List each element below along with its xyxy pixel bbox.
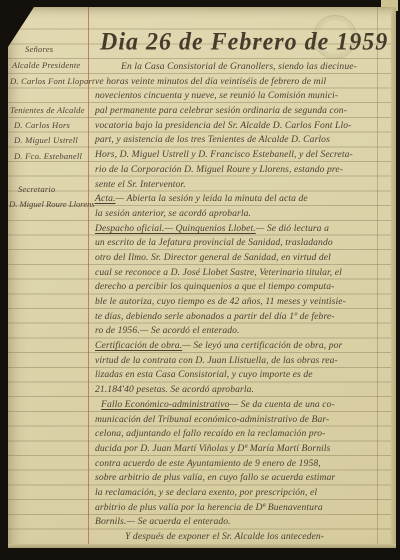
- line-text: part, y asistencia de los tres Tenientes…: [95, 134, 330, 145]
- line-text: ble le autoriza, cuyo tiempo es de 42 añ…: [95, 296, 346, 307]
- line-text: un escrito de la Jefatura provincial de …: [95, 237, 333, 248]
- minutes-line: rio de la Corporación D. Miguel Roure y …: [95, 163, 379, 178]
- line-text: lizadas en esta Casa Consistorial, y cuy…: [95, 369, 313, 380]
- line-text: — Abierta la sesión y leída la minuta de…: [115, 193, 307, 204]
- line-text: otro del Ilmo. Sr. Director general de S…: [95, 252, 331, 263]
- minutes-line: derecho a percibir los quinquenios a que…: [95, 280, 379, 295]
- margin-note-teniente-3: D. Fco. Estebanell: [14, 151, 82, 161]
- line-text: cual se reconoce a D. José Llobet Sastre…: [95, 267, 342, 278]
- minutes-line: Acta.— Abierta la sesión y leída la minu…: [95, 192, 379, 207]
- minutes-line: 21.184'40 pesetas. Se acordó aprobarla.: [95, 383, 379, 398]
- line-text: sente el Sr. Interventor.: [95, 179, 186, 190]
- line-text: contra acuerdo de este Ayuntamiento de 9…: [95, 458, 321, 469]
- line-text: derecho a percibir los quinquenios a que…: [95, 281, 334, 292]
- section-heading: Fallo Económico-administrativo: [101, 399, 230, 410]
- scanned-page: Dia 26 de Febrero de 1959 Señores Alcald…: [8, 7, 396, 548]
- minutes-line: la reclamación, y se declara exento, por…: [95, 486, 379, 501]
- red-margin-line: [88, 7, 89, 548]
- minutes-line: la sesión anterior, se acordó aprobarla.: [95, 207, 379, 222]
- margin-note-teniente-2: D. Miguel Ustrell: [14, 135, 78, 145]
- line-text: municación del Tribunal económico-admini…: [95, 414, 329, 425]
- line-text: pal permanente para celebrar sesión ordi…: [95, 105, 347, 116]
- margin-notes: Señores Alcalde Presidente D. Carlos Fon…: [8, 7, 88, 548]
- minutes-line: te días, debiendo serle abonados a parti…: [95, 310, 379, 325]
- minutes-line: novecientos cincuenta y nueve, se reunió…: [95, 89, 379, 104]
- minutes-line: Certificación de obra.— Se leyó una cert…: [95, 339, 379, 354]
- section-heading: Despacho oficial.— Quinquenios Llobet.: [95, 223, 256, 234]
- minutes-line: Y después de exponer el Sr. Alcalde los …: [95, 530, 379, 545]
- line-text: sobre arbitrio de plus valía, en cuyo fa…: [95, 472, 335, 483]
- line-text: ro de 1956.— Se acordó el enterado.: [95, 325, 240, 336]
- minutes-line: part, y asistencia de los tres Tenientes…: [95, 133, 379, 148]
- margin-note-senores: Señores: [25, 44, 53, 54]
- page-title: Dia 26 de Febrero de 1959: [100, 28, 386, 56]
- minutes-line: contra acuerdo de este Ayuntamiento de 9…: [95, 457, 379, 472]
- line-text: Y después de exponer el Sr. Alcalde los …: [125, 531, 324, 542]
- minutes-line: sobre arbitrio de plus valía, en cuyo fa…: [95, 471, 379, 486]
- minutes-line: ro de 1956.— Se acordó el enterado.: [95, 324, 379, 339]
- minutes-body: En la Casa Consistorial de Granollers, s…: [95, 60, 379, 545]
- line-text: te días, debiendo serle abonados a parti…: [95, 311, 335, 322]
- section-heading: Acta.: [95, 193, 115, 204]
- line-text: 21.184'40 pesetas. Se acordó aprobarla.: [95, 384, 254, 395]
- margin-note-tenientes-label: Tenientes de Alcalde: [10, 105, 85, 115]
- line-text: la reclamación, y se declara exento, por…: [95, 487, 317, 498]
- scan-background: { "doc": { "title": "Dia 26 de Febrero d…: [0, 0, 400, 560]
- minutes-line: pal permanente para celebrar sesión ordi…: [95, 104, 379, 119]
- line-text: la sesión anterior, se acordó aprobarla.: [95, 208, 251, 219]
- line-text: Bornils.— Se acuerda el enterado.: [95, 516, 231, 527]
- minutes-line: cual se reconoce a D. José Llobet Sastre…: [95, 266, 379, 281]
- minutes-line: otro del Ilmo. Sr. Director general de S…: [95, 251, 379, 266]
- line-text: virtud de la contrata con D. Juan Llistu…: [95, 355, 338, 366]
- minutes-line: un escrito de la Jefatura provincial de …: [95, 236, 379, 251]
- minutes-line: ve horas veinte minutos del día veintisé…: [95, 75, 379, 90]
- minutes-line: ble le autoriza, cuyo tiempo es de 42 añ…: [95, 295, 379, 310]
- line-text: — Se dió lectura a: [256, 223, 329, 234]
- section-heading: Certificación de obra.: [95, 340, 182, 351]
- minutes-line: sente el Sr. Interventor.: [95, 178, 379, 193]
- line-text: vocatoria bajo la presidencia del Sr. Al…: [95, 120, 351, 131]
- minutes-line: vocatoria bajo la presidencia del Sr. Al…: [95, 119, 379, 134]
- minutes-line: arbitrio de plus valía por la herencia d…: [95, 501, 379, 516]
- minutes-line: virtud de la contrata con D. Juan Llistu…: [95, 354, 379, 369]
- line-text: rio de la Corporación D. Miguel Roure y …: [95, 164, 343, 175]
- minutes-line: Fallo Económico-administrativo— Se da cu…: [95, 398, 379, 413]
- line-text: Hors, D. Miguel Ustrell y D. Francisco E…: [95, 149, 353, 160]
- line-text: En la Casa Consistorial de Granollers, s…: [121, 61, 357, 72]
- margin-note-secretario-label: Secretario: [18, 184, 55, 194]
- minutes-line: Bornils.— Se acuerda el enterado.: [95, 515, 379, 530]
- line-text: arbitrio de plus valía por la herencia d…: [95, 502, 323, 513]
- minutes-line: municación del Tribunal económico-admini…: [95, 413, 379, 428]
- minutes-line: Hors, D. Miguel Ustrell y D. Francisco E…: [95, 148, 379, 163]
- margin-note-teniente-1: D. Carlos Hors: [14, 120, 70, 130]
- minutes-line: lizadas en esta Casa Consistorial, y cuy…: [95, 368, 379, 383]
- margin-note-alcalde-label: Alcalde Presidente: [12, 60, 80, 70]
- minutes-line: celona, adjuntando el fallo recaído en l…: [95, 427, 379, 442]
- minutes-line: Despacho oficial.— Quinquenios Llobet.— …: [95, 222, 379, 237]
- minutes-line: ducida por D. Juan Martí Viñolas y Dª Ma…: [95, 442, 379, 457]
- page-edge-right: [391, 7, 396, 548]
- line-text: ducida por D. Juan Martí Viñolas y Dª Ma…: [95, 443, 330, 454]
- line-text: ve horas veinte minutos del día veintisé…: [95, 76, 326, 87]
- minutes-line: En la Casa Consistorial de Granollers, s…: [95, 60, 379, 75]
- line-text: — Se da cuenta de una co-: [230, 399, 335, 410]
- margin-note-alcalde-name: D. Carlos Font Llopart: [10, 76, 95, 86]
- line-text: celona, adjuntando el fallo recaído en l…: [95, 428, 325, 439]
- margin-note-secretario-name: D. Miguel Roure Llorens: [9, 199, 95, 209]
- line-text: — Se leyó una certificación de obra, por: [182, 340, 342, 351]
- line-text: novecientos cincuenta y nueve, se reunió…: [95, 90, 338, 101]
